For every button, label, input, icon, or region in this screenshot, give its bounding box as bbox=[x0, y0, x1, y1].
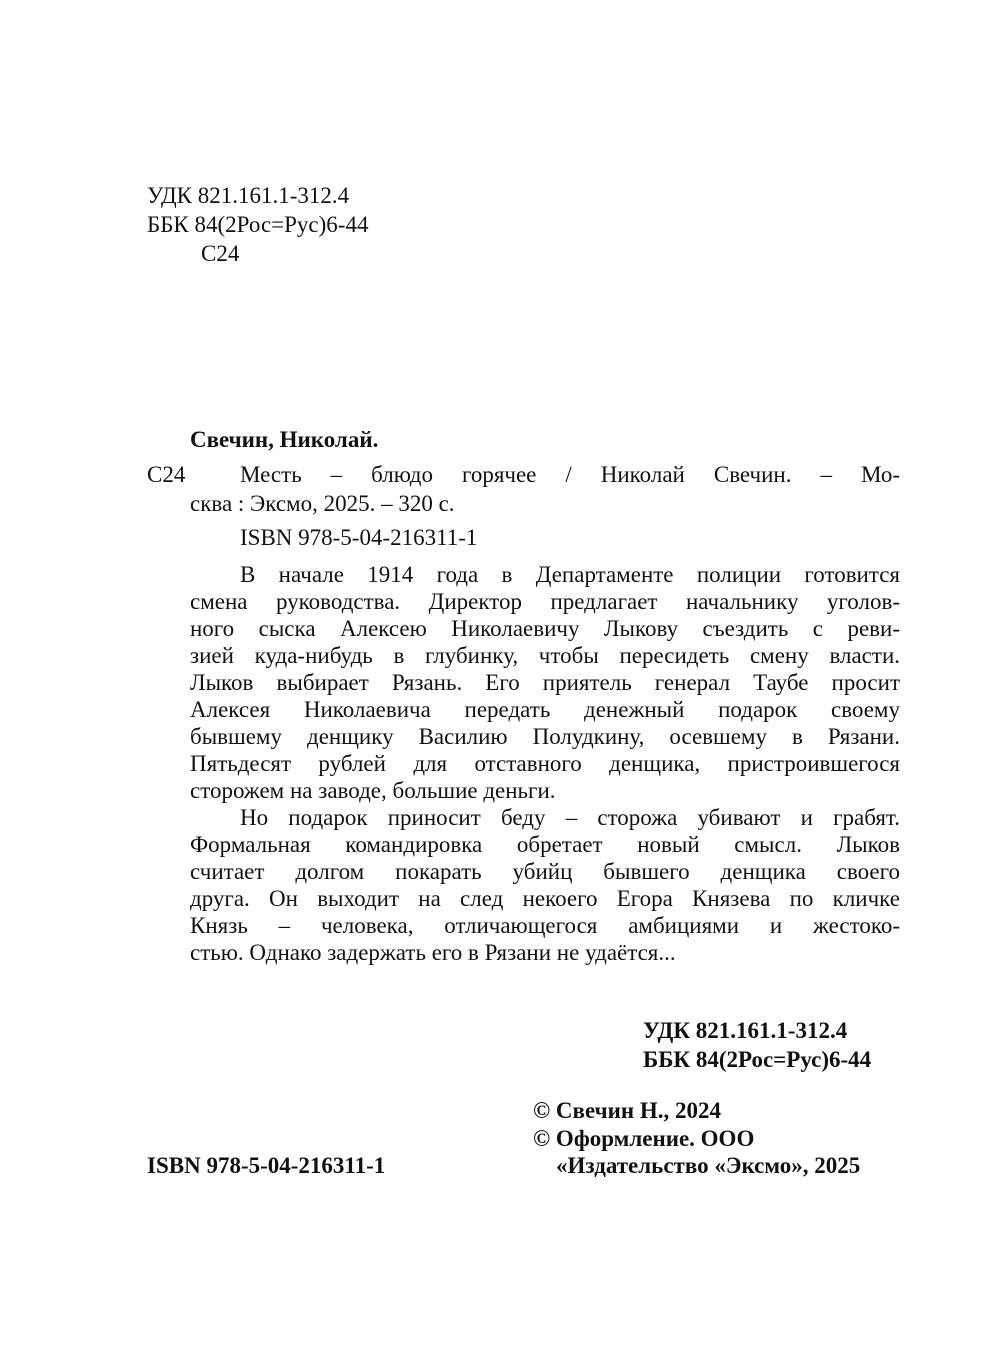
author-mark-top: С24 bbox=[201, 239, 239, 268]
isbn-bottom: ISBN 978-5-04-216311-1 bbox=[147, 1151, 385, 1180]
annotation-line: Князь – человека, отличающегося амбициям… bbox=[190, 912, 900, 939]
annotation-line: друга. Он выходит на след некоего Егора … bbox=[190, 885, 900, 912]
annotation-line: зией куда-нибудь в глубинку, чтобы перес… bbox=[190, 642, 900, 669]
annotation-line: бывшему денщику Василию Полудкину, осевш… bbox=[190, 723, 900, 750]
annotation-line: Алексея Николаевича передать денежный по… bbox=[190, 696, 900, 723]
annotation-line: В начале 1914 года в Департаменте полици… bbox=[240, 561, 900, 588]
record-title-line-1: Месть – блюдо горячее / Николай Свечин. … bbox=[240, 460, 900, 489]
record-title-line-2: сква : Эксмо, 2025. – 320 с. bbox=[190, 489, 900, 518]
annotation-line: стью. Однако задержать его в Рязани не у… bbox=[190, 939, 900, 966]
copyright-publisher: «Издательство «Эксмо», 2025 bbox=[556, 1151, 860, 1180]
annotation-line: считает долгом покарать убийц бывшего де… bbox=[190, 858, 900, 885]
annotation-line: Формальная командировка обретает новый с… bbox=[190, 831, 900, 858]
annotation-line: Лыков выбирает Рязань. Его приятель гене… bbox=[190, 669, 900, 696]
copyright-design: © Оформление. ООО bbox=[533, 1124, 754, 1153]
bbk-code-top: ББК 84(2Рос=Рус)6-44 bbox=[147, 210, 368, 239]
record-author-mark: С24 bbox=[147, 460, 185, 489]
udk-code-top: УДК 821.161.1-312.4 bbox=[147, 181, 349, 210]
record-author: Свечин, Николай. bbox=[190, 425, 378, 454]
annotation-line: ного сыска Алексею Николаевичу Лыкову съ… bbox=[190, 615, 900, 642]
bbk-code-bottom: ББК 84(2Рос=Рус)6-44 bbox=[643, 1045, 871, 1074]
annotation-line: сторожем на заводе, большие деньги. bbox=[190, 777, 900, 804]
udk-code-bottom: УДК 821.161.1-312.4 bbox=[643, 1016, 847, 1045]
annotation-line: смена руководства. Директор предлагает н… bbox=[190, 588, 900, 615]
annotation-line: Пятьдесят рублей для отставного денщика,… bbox=[190, 750, 900, 777]
record-isbn: ISBN 978-5-04-216311-1 bbox=[240, 523, 477, 552]
annotation-line: Но подарок приносит беду – сторожа убива… bbox=[240, 804, 900, 831]
copyright-author: © Свечин Н., 2024 bbox=[533, 1096, 721, 1125]
